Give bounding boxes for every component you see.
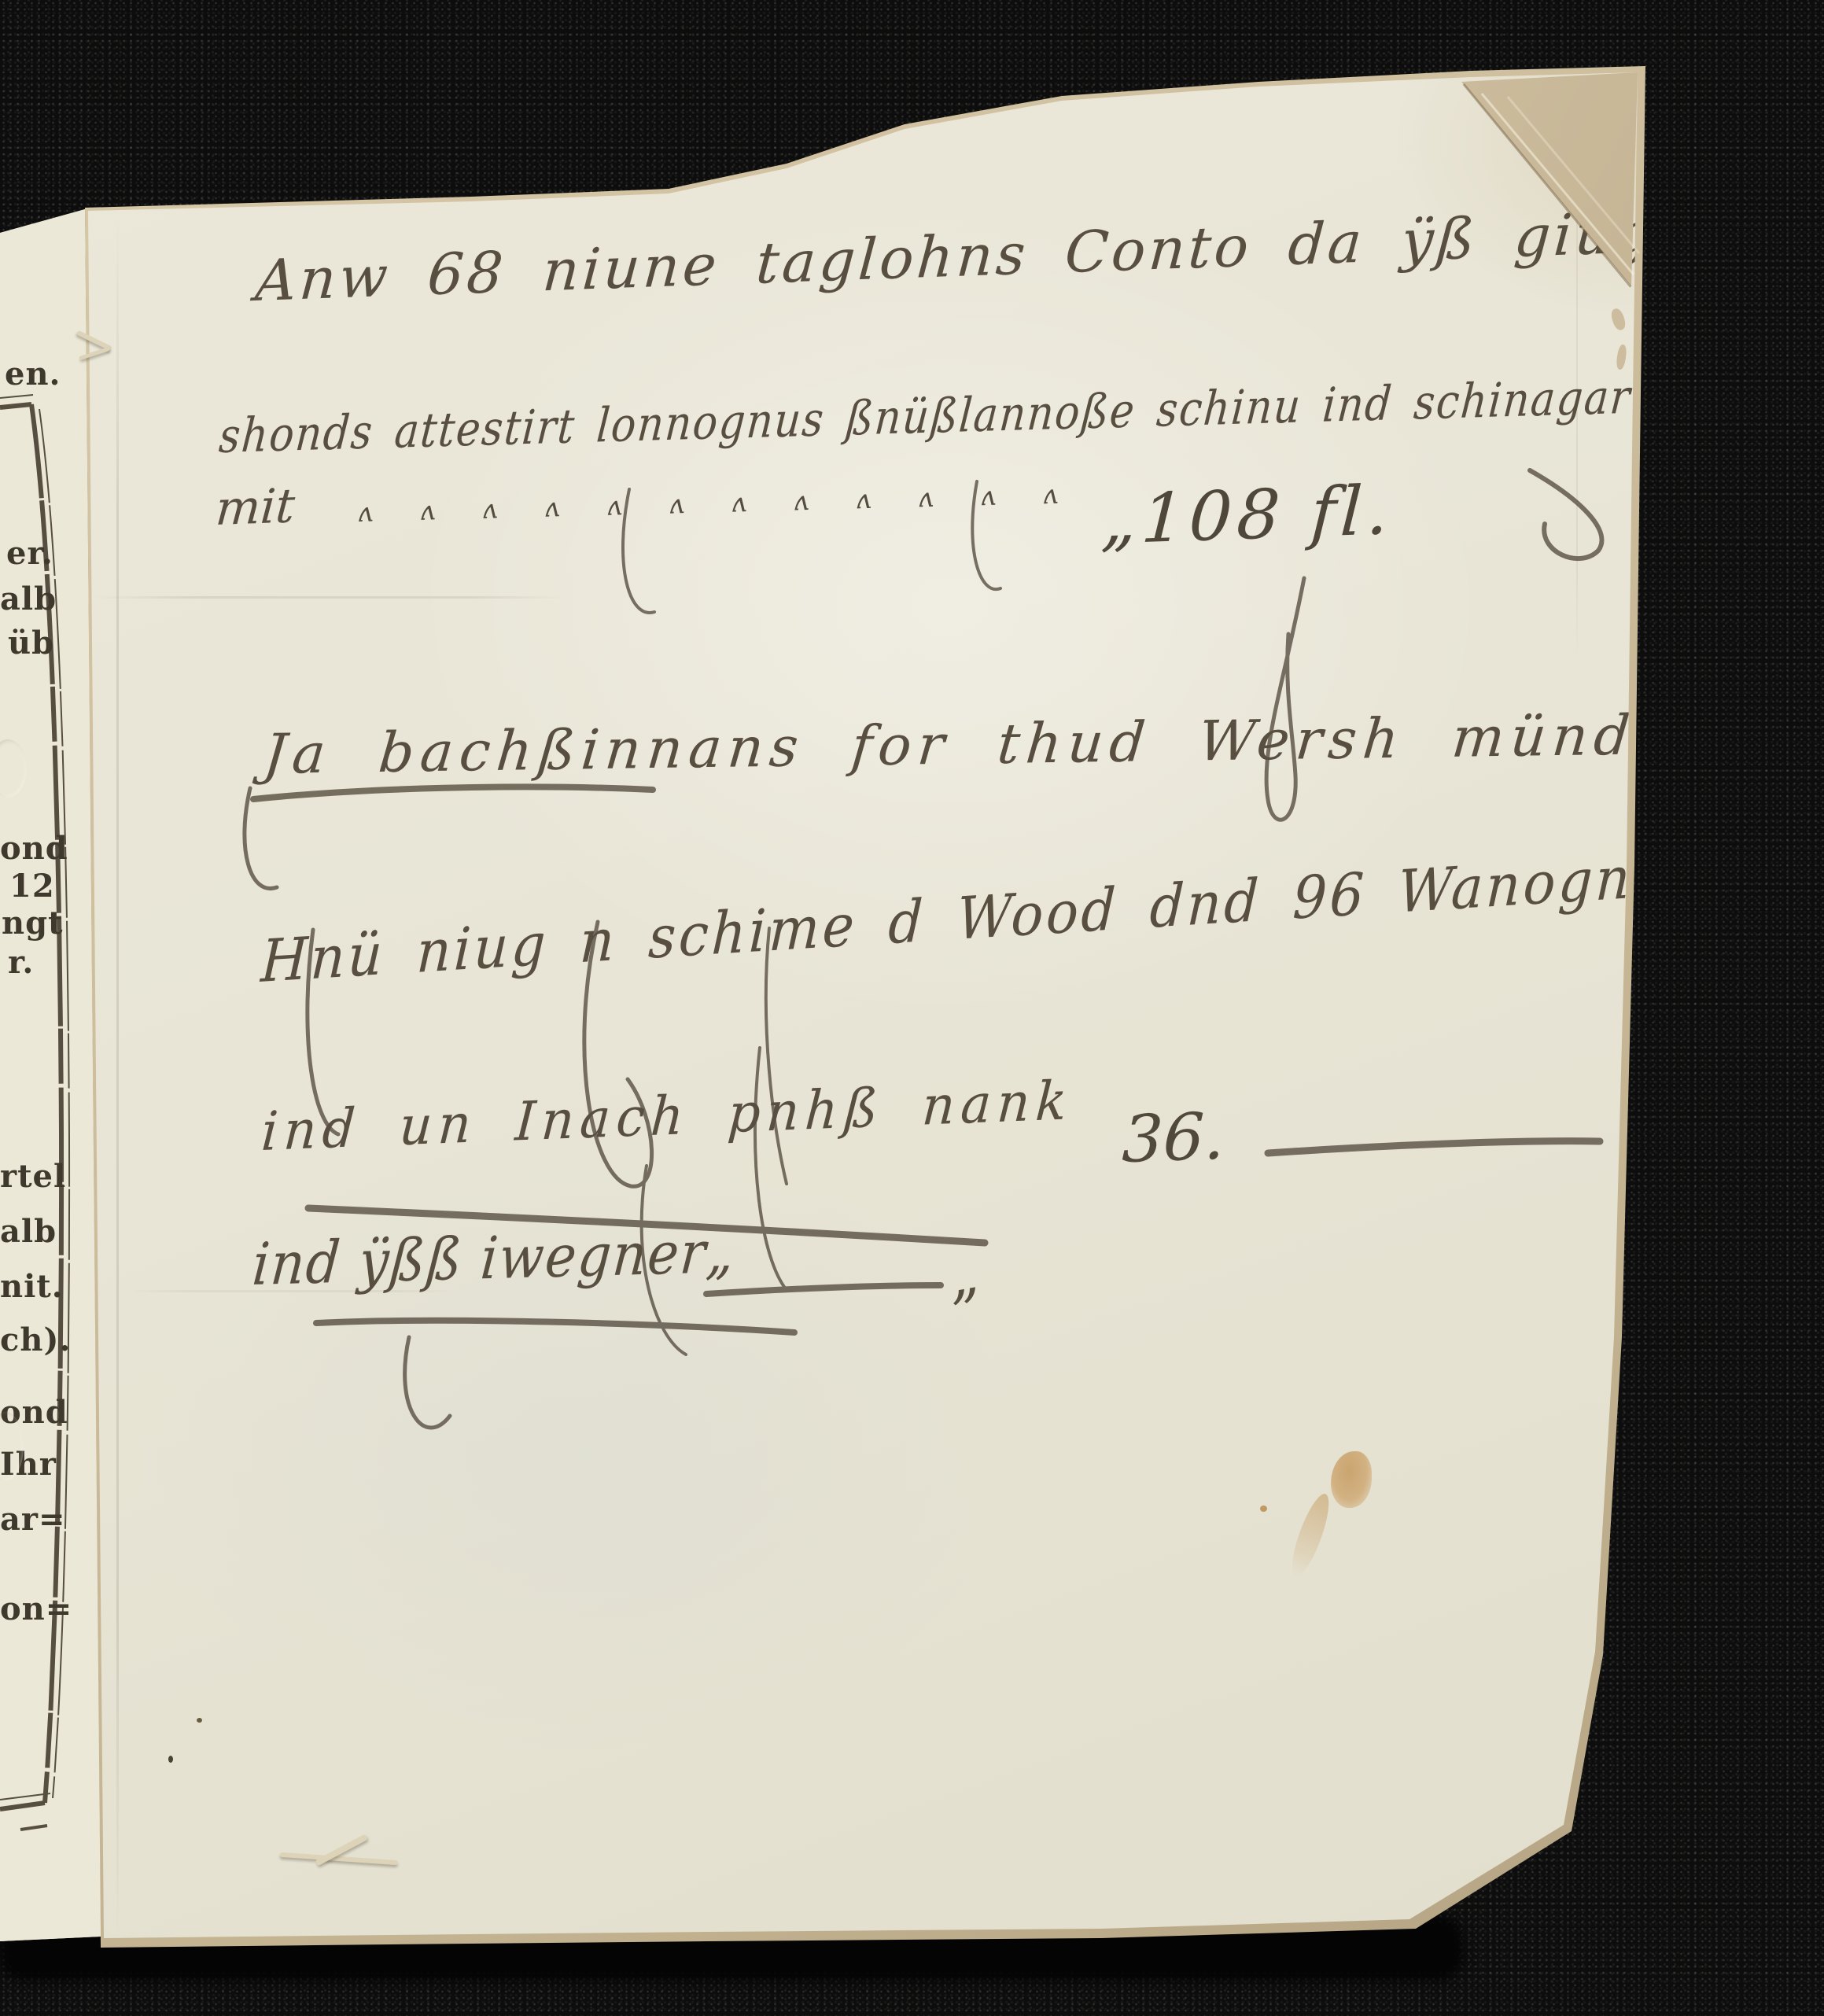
leader-dots: ʌʌʌʌʌʌʌʌʌʌʌʌ: [357, 477, 1105, 529]
ink-underline: [316, 1321, 794, 1332]
photo-backdrop: en. er. alb üb ond 12 ngt r. rtel alb ni…: [0, 0, 1824, 2016]
spine-crease: [116, 212, 119, 1935]
printed-text-fragment: er.: [6, 535, 61, 572]
blind-stamp-oval: [0, 739, 27, 798]
printed-text-fragment: r.: [8, 944, 63, 981]
printed-text-fragment: ond: [0, 830, 55, 867]
ink-descender: [1530, 470, 1601, 558]
handwriting-line-7-end-mark: „: [941, 1240, 983, 1312]
ink-descender: [766, 928, 787, 1184]
ink-dash: [706, 1285, 941, 1294]
manuscript-page: Anw 68 niune taglohns Conto da ÿß giugns…: [0, 0, 1824, 2016]
handwriting-line-6: ind un Inach pnhß nank: [260, 1070, 1074, 1163]
ink-descender: [1266, 578, 1304, 820]
handwriting-line-7: ind ÿßß iwegner„: [250, 1218, 738, 1299]
fox-spot: [168, 1756, 173, 1763]
printed-text-fragment: ngt: [2, 905, 57, 942]
handwriting-line-1: Anw 68 niune taglohns Conto da ÿß giugns: [253, 196, 1728, 314]
amount-36: 36.: [1121, 1099, 1226, 1178]
ink-underline: [253, 787, 653, 799]
page-crease: [94, 596, 566, 599]
printed-text-fragment: en.: [5, 356, 60, 393]
handwriting-line-4: Ja bachßinnans for thud Wersh münd: [261, 703, 1638, 787]
ink-dash: [1268, 1141, 1600, 1153]
ink-descender: [405, 1337, 450, 1428]
printed-text-fragment: alb: [0, 580, 55, 617]
printed-text-fragment: üb: [8, 625, 63, 662]
handwriting-line-3-word: mit: [214, 478, 297, 536]
handwriting-line-5: Hnü niug n schime d Wood dnd 96 Wanognus: [260, 840, 1702, 996]
stain-tail: [1285, 1491, 1336, 1581]
handwriting-line-2: shonds attestirt lonnognus ßnüßlannoße s…: [217, 368, 1678, 464]
printed-text-fragment: alb: [0, 1213, 55, 1250]
printed-text-fragment: nit.: [0, 1268, 55, 1305]
printed-text-fragment: rtel: [0, 1158, 55, 1195]
amount-108: „108 fl.: [1100, 471, 1395, 560]
printed-text-fragment: ar=: [0, 1501, 55, 1538]
printed-text-fragment: 12: [9, 868, 64, 905]
printed-text-fragment: ch).: [0, 1321, 55, 1358]
ink-descender: [245, 788, 277, 889]
printed-text-fragment: on=: [0, 1590, 55, 1627]
fox-spot: [1260, 1506, 1267, 1512]
stain: [1331, 1451, 1372, 1508]
fox-spot: [197, 1718, 202, 1723]
